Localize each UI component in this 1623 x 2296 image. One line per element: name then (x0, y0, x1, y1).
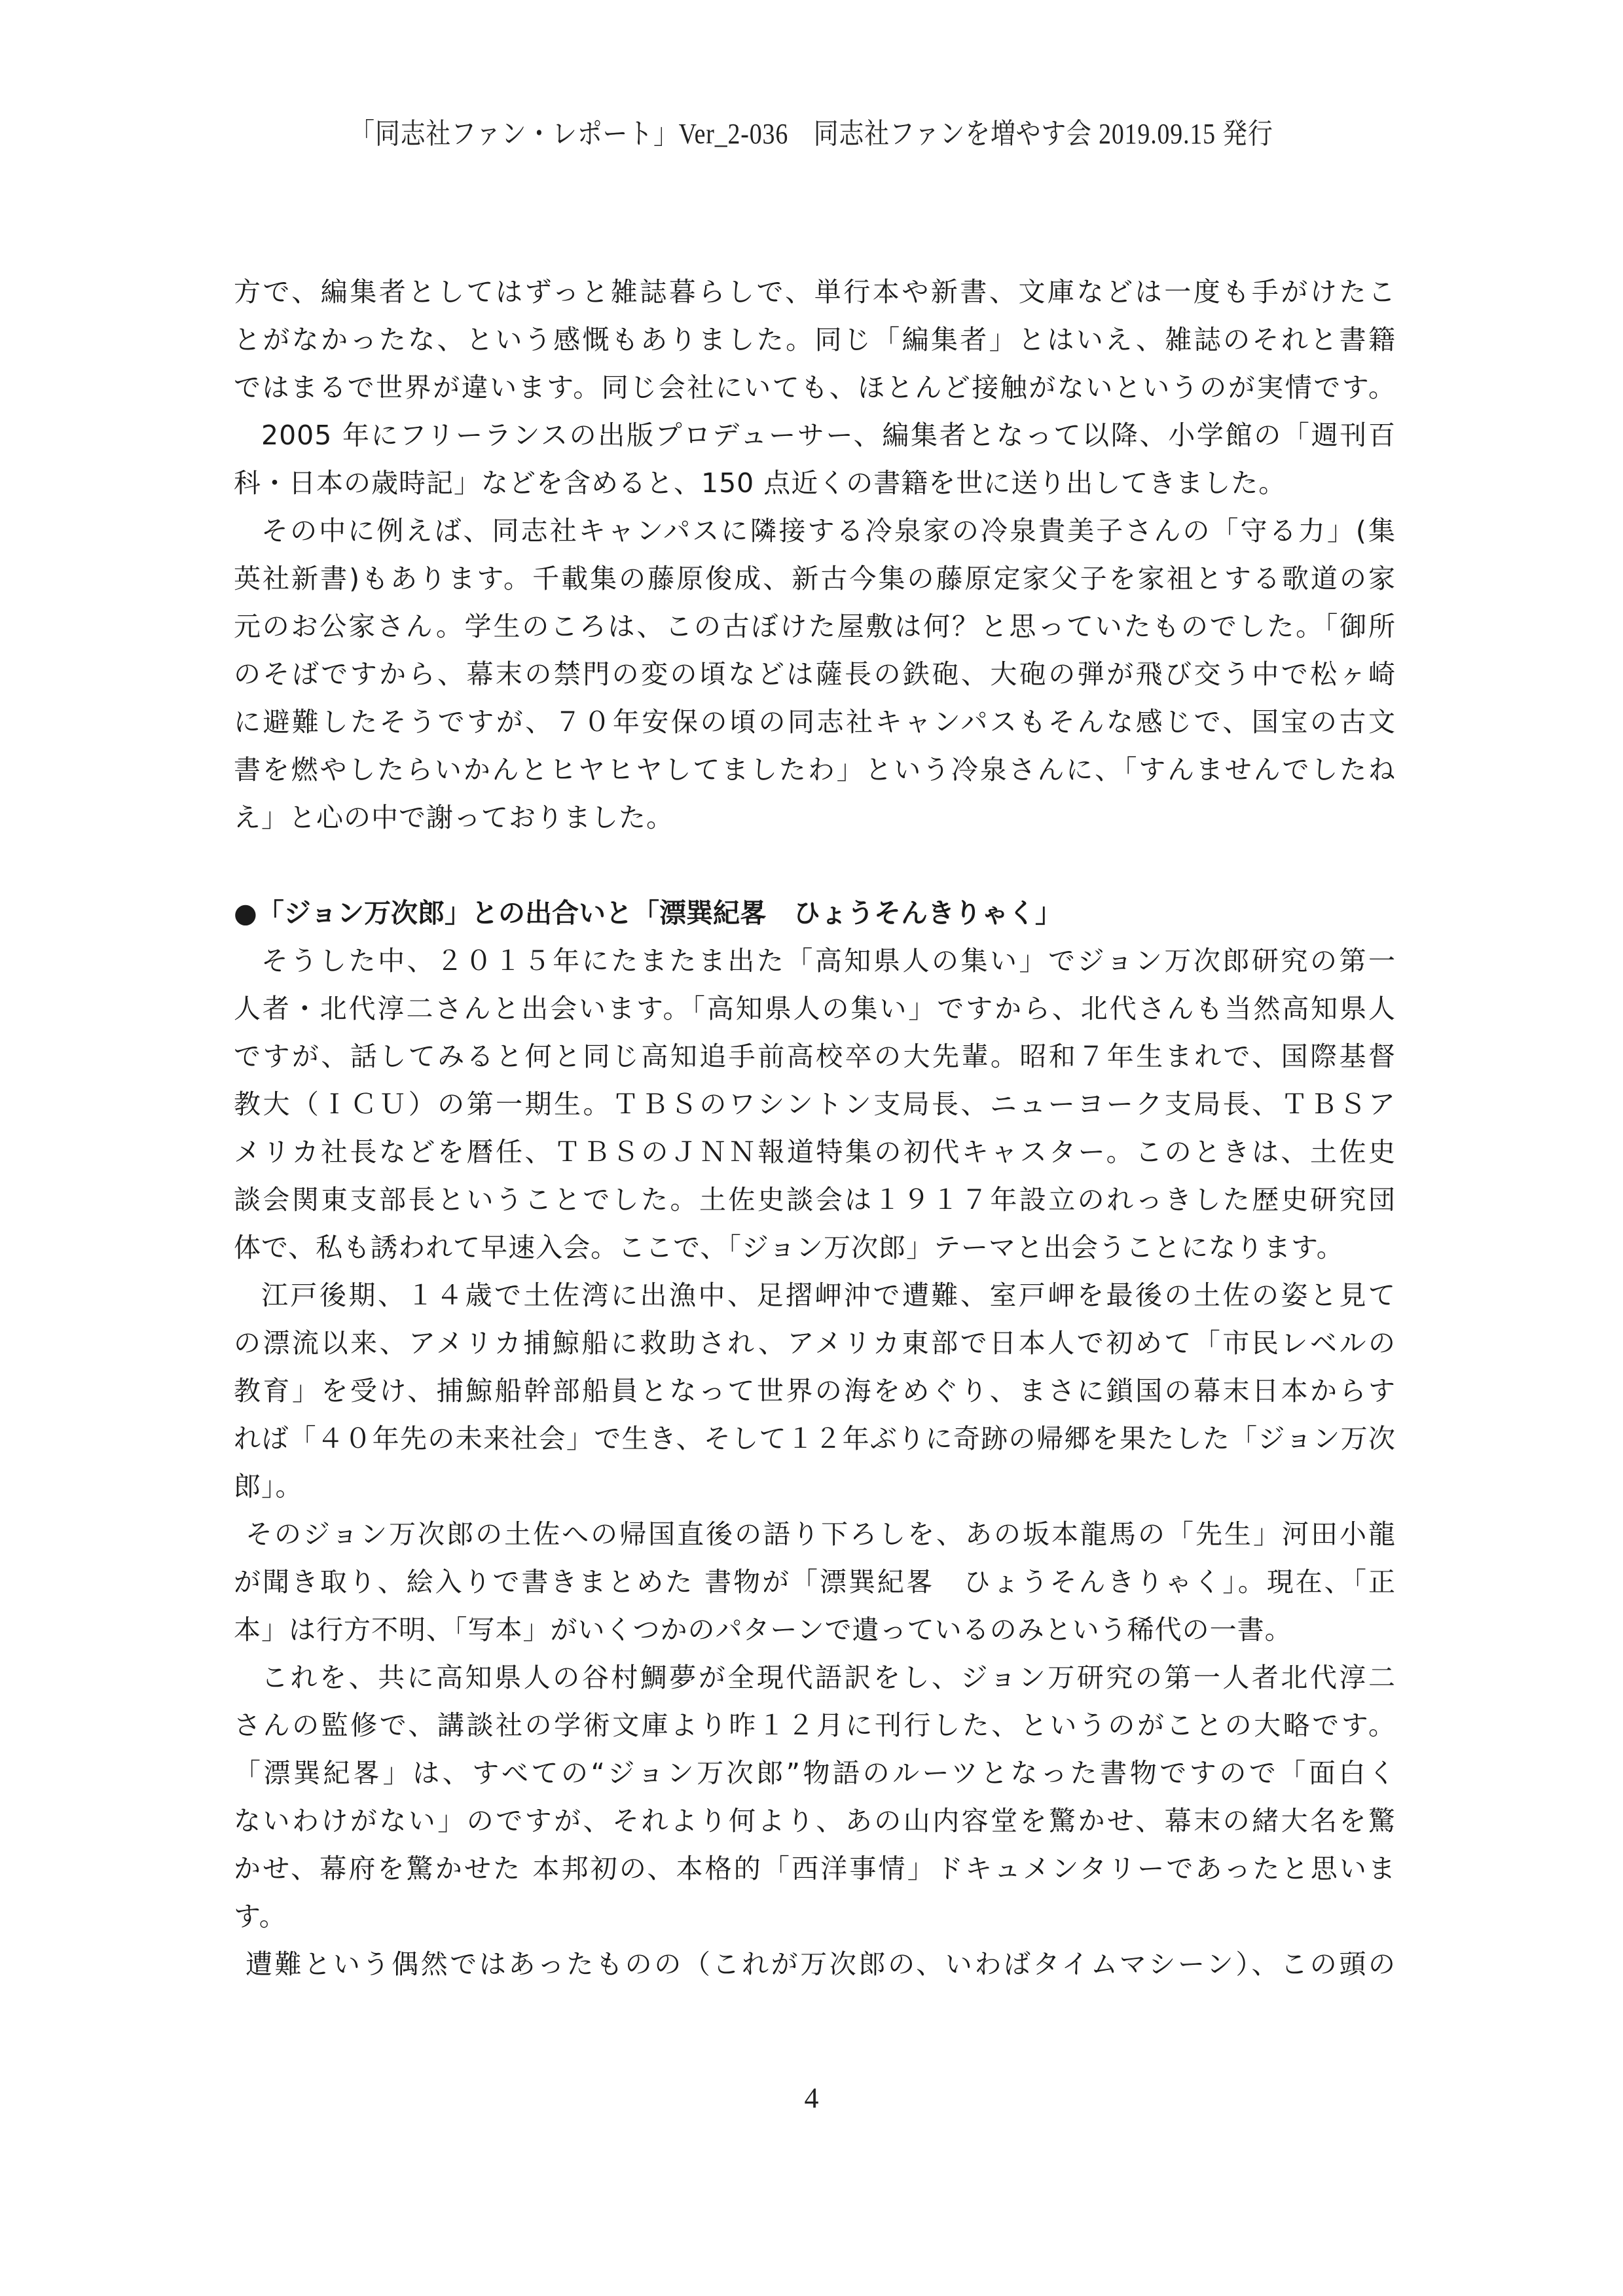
text-line: 書を燃やしたらいかんとヒヤヒヤしてましたわ」という冷泉さんに、「すんませんでした… (234, 746, 1396, 794)
text-line: メリカ社長などを暦任、ＴＢＳのＪＮＮ報道特集の初代キャスター。このときは、土佐史 (234, 1128, 1396, 1176)
text-line: 英社新書)もあります。千載集の藤原俊成、新古今集の藤原定家父子を家祖とする歌道の… (234, 555, 1396, 603)
text-line: 2005 年にフリーランスの出版プロデューサー、編集者となって以降、小学館の「週… (234, 412, 1396, 459)
paragraph: そのジョン万次郎の土佐への帰国直後の語り下ろしを、あの坂本龍馬の「先生」河田小龍… (234, 1511, 1396, 1654)
article-body: 方で、編集者としてはずっと雑誌暮らしで、単行本や新書、文庫などは一度も手がけたこ… (234, 268, 1396, 1988)
paragraph: 方で、編集者としてはずっと雑誌暮らしで、単行本や新書、文庫などは一度も手がけたこ… (234, 268, 1396, 412)
text-line: ですが、話してみると何と同じ高知追手前高校卒の大先輩。昭和７年生まれで、国際基督 (234, 1033, 1396, 1081)
section-heading: ●「ジョン万次郎」との出合いと「漂巽紀畧 ひょうそんきりゃく」 (234, 889, 1396, 937)
text-line: そうした中、２０１５年にたまたま出た「高知県人の集い」でジョン万次郎研究の第一 (234, 937, 1396, 985)
paragraph: 2005 年にフリーランスの出版プロデューサー、編集者となって以降、小学館の「週… (234, 412, 1396, 507)
text-line: 江戸後期、１４歳で土佐湾に出漁中、足摺岬沖で遭難、室戸岬を最後の土佐の姿と見て (234, 1272, 1396, 1319)
text-line: その中に例えば、同志社キャンパスに隣接する冷泉家の冷泉貴美子さんの「守る力」(集 (234, 507, 1396, 555)
text-line: そのジョン万次郎の土佐への帰国直後の語り下ろしを、あの坂本龍馬の「先生」河田小龍 (234, 1511, 1396, 1558)
text-line: 本」は行方不明、「写本」がいくつかのパターンで遺っているのみという稀代の一書。 (234, 1606, 1396, 1654)
paragraph: これを、共に高知県人の谷村鯛夢が全現代語訳をし、ジョン万研究の第一人者北代淳二 … (234, 1654, 1396, 1941)
text-line: 方で、編集者としてはずっと雑誌暮らしで、単行本や新書、文庫などは一度も手がけたこ (234, 268, 1396, 316)
text-line: これを、共に高知県人の谷村鯛夢が全現代語訳をし、ジョン万研究の第一人者北代淳二 (234, 1654, 1396, 1702)
paragraph: 江戸後期、１４歳で土佐湾に出漁中、足摺岬沖で遭難、室戸岬を最後の土佐の姿と見て … (234, 1272, 1396, 1511)
text-line: 談会関東支部長ということでした。土佐史談会は１９１７年設立のれっきした歴史研究団 (234, 1176, 1396, 1224)
text-line: す。 (234, 1893, 1396, 1941)
text-line: 教大（ＩＣＵ）の第一期生。ＴＢＳのワシントン支局長、ニューヨーク支局長、ＴＢＳア (234, 1081, 1396, 1128)
text-line: かせ、幕府を驚かせた 本邦初の、本格的「西洋事情」ドキュメンタリーであったと思い… (234, 1845, 1396, 1893)
text-line: 郎」。 (234, 1463, 1396, 1511)
paragraph-spacer (234, 842, 1396, 889)
text-line: が聞き取り、絵入りで書きまとめた 書物が「漂巽紀畧 ひょうそんきりゃく」。現在、… (234, 1558, 1396, 1606)
text-line: の漂流以来、アメリカ捕鯨船に救助され、アメリカ東部で日本人で初めて「市民レベルの (234, 1319, 1396, 1367)
text-line: ではまるで世界が違います。同じ会社にいても、ほとんど接触がないというのが実情です… (234, 364, 1396, 412)
text-line: 人者・北代淳二さんと出会います。「高知県人の集い」ですから、北代さんも当然高知県… (234, 985, 1396, 1033)
text-line: 元のお公家さん。学生のころは、この古ぼけた屋敷は何？と思っていたものでした。「御… (234, 603, 1396, 651)
page-number: 4 (0, 2081, 1623, 2115)
text-line: え」と心の中で謝っておりました。 (234, 794, 1396, 842)
text-line: のそばですから、幕末の禁門の変の頃などは薩長の鉄砲、大砲の弾が飛び交う中で松ヶ崎 (234, 651, 1396, 698)
text-line: 科・日本の歳時記」などを含めると、150 点近くの書籍を世に送り出してきました。 (234, 459, 1396, 507)
text-line: に避難したそうですが、７０年安保の頃の同志社キャンパスもそんな感じで、国宝の古文 (234, 698, 1396, 746)
text-line: さんの監修で、講談社の学術文庫より昨１２月に刊行した、というのがことの大略です。 (234, 1702, 1396, 1749)
page-header: 「同志社ファン・レポート」Ver_2-036 同志社ファンを増やす会 2019.… (114, 110, 1510, 152)
paragraph: そうした中、２０１５年にたまたま出た「高知県人の集い」でジョン万次郎研究の第一 … (234, 937, 1396, 1272)
text-line: 教育」を受け、捕鯨船幹部船員となって世界の海をめぐり、まさに鎖国の幕末日本からす (234, 1367, 1396, 1415)
text-line: れば「４０年先の未来社会」で生き、そして１２年ぶりに奇跡の帰郷を果たした「ジョン… (234, 1415, 1396, 1463)
text-line: 体で、私も誘われて早速入会。ここで、「ジョン万次郎」テーマと出会うことになります… (234, 1224, 1396, 1272)
text-line: 「漂巽紀畧」は、すべての“ジョン万次郎”物語のルーツとなった書物ですので「面白く (234, 1749, 1396, 1797)
text-line: 遭難という偶然ではあったものの（これが万次郎の、いわばタイムマシーン）、この頭の (234, 1941, 1396, 1988)
paragraph: 遭難という偶然ではあったものの（これが万次郎の、いわばタイムマシーン）、この頭の (234, 1941, 1396, 1988)
text-line: とがなかったな、という感慨もありました。同じ「編集者」とはいえ、雑誌のそれと書籍 (234, 316, 1396, 364)
text-line: ないわけがない」のですが、それより何より、あの山内容堂を驚かせ、幕末の緒大名を驚 (234, 1797, 1396, 1845)
paragraph: その中に例えば、同志社キャンパスに隣接する冷泉家の冷泉貴美子さんの「守る力」(集… (234, 507, 1396, 842)
